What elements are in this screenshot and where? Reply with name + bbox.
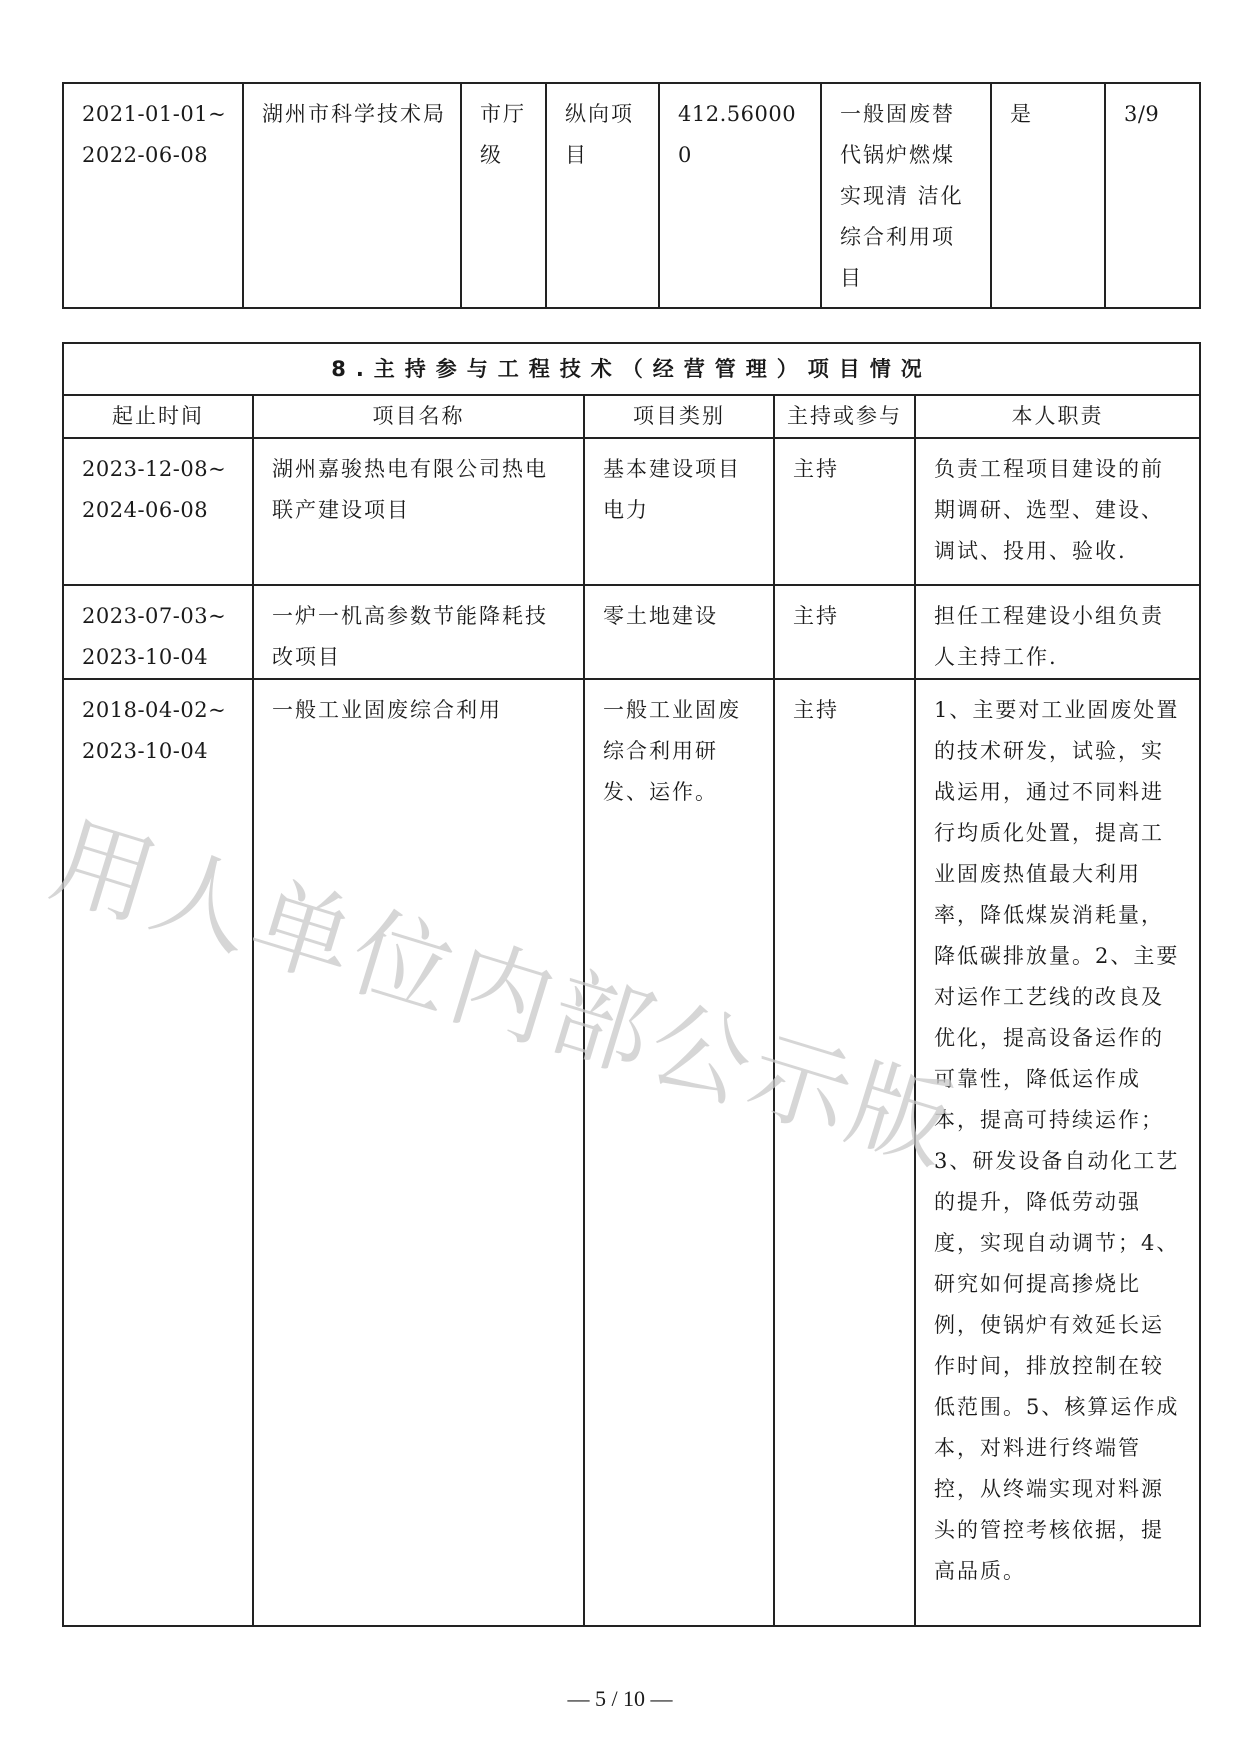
period-cell: 2018-04-02~2023-10-04 <box>63 679 253 1626</box>
type-cell: 纵向项目 <box>546 83 659 308</box>
duty-cell: 负责工程项目建设的前期调研、选型、建设、调试、投用、验收. <box>915 438 1200 585</box>
end-date: 2022-06-08 <box>82 135 228 176</box>
duty-cell: 担任工程建设小组负责人主持工作. <box>915 585 1200 679</box>
table-row: 2023-12-08~2024-06-08 湖州嘉骏热电有限公司热电联产建设项目… <box>63 438 1200 585</box>
category-cell: 基本建设项目电力 <box>584 438 774 585</box>
research-projects-table-continued: 2021-01-01~ 2022-06-08 湖州市科学技术局 市厅级 纵向项目… <box>62 82 1201 309</box>
header-role: 主持或参与 <box>774 395 915 438</box>
duty-cell: 1、主要对工业固废处置的技术研发，试验，实战运用，通过不同料进行均质化处置，提高… <box>915 679 1200 1626</box>
role-cell: 主持 <box>774 679 915 1626</box>
name-cell: 一炉一机高参数节能降耗技改项目 <box>253 585 584 679</box>
rank-cell: 3/9 <box>1105 83 1200 308</box>
project-name-cell: 一般固废替代锅炉燃煤实现清 洁化综合利用项目 <box>821 83 991 308</box>
table-row: 2018-04-02~2023-10-04 一般工业固废综合利用 一般工业固废综… <box>63 679 1200 1626</box>
issuer-cell: 湖州市科学技术局 <box>243 83 461 308</box>
header-period: 起止时间 <box>63 395 253 438</box>
header-duty: 本人职责 <box>915 395 1200 438</box>
page-number: — 5 / 10 — <box>0 1686 1240 1712</box>
header-name: 项目名称 <box>253 395 584 438</box>
period-cell: 2023-07-03~2023-10-04 <box>63 585 253 679</box>
table-row: 2021-01-01~ 2022-06-08 湖州市科学技术局 市厅级 纵向项目… <box>63 83 1200 308</box>
header-row: 起止时间 项目名称 项目类别 主持或参与 本人职责 <box>63 395 1200 438</box>
name-cell: 一般工业固废综合利用 <box>253 679 584 1626</box>
section-title: 8.主持参与工程技术（经营管理）项目情况 <box>63 343 1200 395</box>
completed-cell: 是 <box>991 83 1105 308</box>
engineering-projects-table: 8.主持参与工程技术（经营管理）项目情况 起止时间 项目名称 项目类别 主持或参… <box>62 342 1201 1627</box>
period-cell: 2023-12-08~2024-06-08 <box>63 438 253 585</box>
section-title-row: 8.主持参与工程技术（经营管理）项目情况 <box>63 343 1200 395</box>
table-row: 2023-07-03~2023-10-04 一炉一机高参数节能降耗技改项目 零土… <box>63 585 1200 679</box>
start-date: 2021-01-01~ <box>82 94 228 135</box>
header-category: 项目类别 <box>584 395 774 438</box>
name-cell: 湖州嘉骏热电有限公司热电联产建设项目 <box>253 438 584 585</box>
amount-cell: 412.560000 <box>659 83 821 308</box>
category-cell: 零土地建设 <box>584 585 774 679</box>
role-cell: 主持 <box>774 585 915 679</box>
category-cell: 一般工业固废综合利用研发、运作。 <box>584 679 774 1626</box>
level-cell: 市厅级 <box>461 83 546 308</box>
role-cell: 主持 <box>774 438 915 585</box>
period-cell: 2021-01-01~ 2022-06-08 <box>63 83 243 308</box>
